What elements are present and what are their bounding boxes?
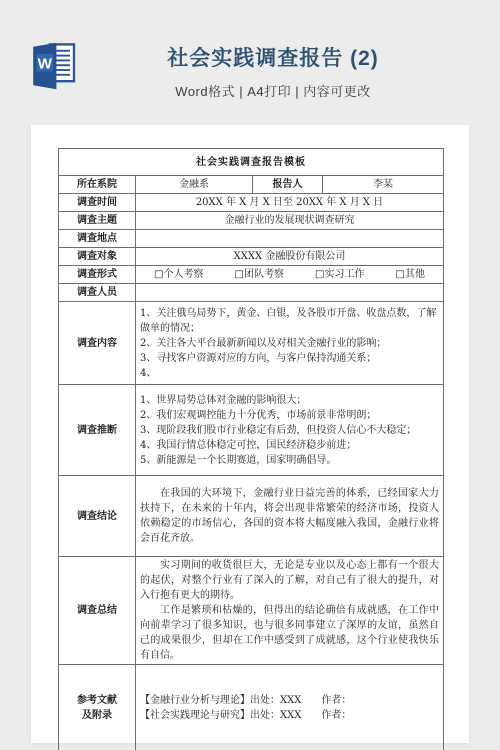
time-label: 调查时间 bbox=[59, 194, 136, 212]
inference-line: 4、我国行情总体稳定可控，国民经济稳步前进； bbox=[140, 438, 439, 453]
target-label: 调查对象 bbox=[59, 248, 136, 266]
form-options: □个人考察 □团队考察 □实习工作 □其他 bbox=[136, 266, 444, 284]
staff-value bbox=[136, 284, 444, 302]
reference-item: 【社会实践理论与研究】出处：XXX 作者： bbox=[140, 708, 439, 723]
document-page: 社会实践调查报告模板 所在系院 金融系 报告人 李某 调查时间 20XX 年 X… bbox=[31, 125, 469, 743]
content-value: 1、关注俄乌局势下，黄金、白银，及各股市开盘、收盘点数，了解做单的情况； 2、关… bbox=[136, 302, 444, 385]
conclusion-paragraph: 在我国的大环境下，金融行业日益完善的体系，已经国家大力扶持下，在未来的十年内，将… bbox=[140, 486, 439, 546]
conclusion-value: 在我国的大环境下，金融行业日益完善的体系，已经国家大力扶持下，在未来的十年内，将… bbox=[136, 476, 444, 557]
inference-value: 1、世界局势总体对金融的影响很大； 2、我们宏观调控能力十分优秀，市场前景非常明… bbox=[136, 385, 444, 476]
references-row: 参考文献 及附录 【金融行业分析与理论】出处：XXX 作者： 【社会实践理论与研… bbox=[59, 665, 444, 750]
references-value: 【金融行业分析与理论】出处：XXX 作者： 【社会实践理论与研究】出处：XXX … bbox=[136, 665, 444, 750]
summary-paragraph: 工作是繁琐和枯燥的，但得出的结论确倍有成就感，在工作中向前辈学习了很多知识，也与… bbox=[140, 603, 439, 663]
table-title: 社会实践调查报告模板 bbox=[59, 149, 444, 176]
target-value: XXXX 金融股份有限公司 bbox=[136, 248, 444, 266]
summary-row: 调查总结 实习期间的收货很巨大，无论是专业以及心态上都有一个很大的起伏，对整个行… bbox=[59, 557, 444, 665]
staff-label: 调查人员 bbox=[59, 284, 136, 302]
inference-row: 调查推断 1、世界局势总体对金融的影响很大； 2、我们宏观调控能力十分优秀，市场… bbox=[59, 385, 444, 476]
staff-row: 调查人员 bbox=[59, 284, 444, 302]
checkbox-option-team: □团队考察 bbox=[235, 267, 284, 282]
page-title: 社会实践调查报告 (2) bbox=[78, 42, 468, 72]
place-label: 调查地点 bbox=[59, 230, 136, 248]
target-row: 调查对象 XXXX 金融股份有限公司 bbox=[59, 248, 444, 266]
dept-value: 金融系 bbox=[136, 176, 253, 194]
references-label-line2: 及附录 bbox=[63, 708, 131, 723]
inference-line: 1、世界局势总体对金融的影响很大； bbox=[140, 393, 439, 408]
reference-item: 【金融行业分析与理论】出处：XXX 作者： bbox=[140, 693, 439, 708]
time-value: 20XX 年 X 月 X 日至 20XX 年 X 月 X 日 bbox=[136, 194, 444, 212]
dept-reporter-row: 所在系院 金融系 报告人 李某 bbox=[59, 176, 444, 194]
svg-text:W: W bbox=[38, 55, 53, 72]
inference-label: 调查推断 bbox=[59, 385, 136, 476]
content-row: 调查内容 1、关注俄乌局势下，黄金、白银，及各股市开盘、收盘点数，了解做单的情况… bbox=[59, 302, 444, 385]
place-value bbox=[136, 230, 444, 248]
form-label: 调查形式 bbox=[59, 266, 136, 284]
report-table: 社会实践调查报告模板 所在系院 金融系 报告人 李某 调查时间 20XX 年 X… bbox=[58, 148, 444, 750]
topic-value: 金融行业的发展现状调查研究 bbox=[136, 212, 444, 230]
content-line: 1、关注俄乌局势下，黄金、白银，及各股市开盘、收盘点数，了解做单的情况； bbox=[140, 306, 439, 336]
topic-row: 调查主题 金融行业的发展现状调查研究 bbox=[59, 212, 444, 230]
conclusion-label: 调查结论 bbox=[59, 476, 136, 557]
content-line: 2、关注各大平台最新新闻以及对相关金融行业的影响； bbox=[140, 336, 439, 351]
word-icon: W bbox=[30, 38, 78, 94]
reporter-value: 李某 bbox=[323, 176, 444, 194]
page-subtitle: Word格式 | A4打印 | 内容可更改 bbox=[78, 81, 468, 100]
summary-value: 实习期间的收货很巨大，无论是专业以及心态上都有一个很大的起伏，对整个行业有了深入… bbox=[136, 557, 444, 665]
summary-label: 调查总结 bbox=[59, 557, 136, 665]
summary-paragraph: 实习期间的收货很巨大，无论是专业以及心态上都有一个很大的起伏，对整个行业有了深入… bbox=[140, 558, 439, 603]
form-row: 调查形式 □个人考察 □团队考察 □实习工作 □其他 bbox=[59, 266, 444, 284]
inference-line: 5、新能源是一个长期赛道，国家明确倡导。 bbox=[140, 453, 439, 468]
content-line: 3、寻找客户资源对应的方向，与客户保持沟通关系； bbox=[140, 351, 439, 366]
content-label: 调查内容 bbox=[59, 302, 136, 385]
table-title-row: 社会实践调查报告模板 bbox=[59, 149, 444, 176]
header-text: 社会实践调查报告 (2) Word格式 | A4打印 | 内容可更改 bbox=[78, 38, 468, 100]
checkbox-option-personal: □个人考察 bbox=[154, 267, 203, 282]
references-label: 参考文献 及附录 bbox=[59, 665, 136, 750]
checkbox-option-internship: □实习工作 bbox=[315, 267, 364, 282]
place-row: 调查地点 bbox=[59, 230, 444, 248]
time-row: 调查时间 20XX 年 X 月 X 日至 20XX 年 X 月 X 日 bbox=[59, 194, 444, 212]
checkbox-option-other: □其他 bbox=[396, 267, 425, 282]
inference-line: 2、我们宏观调控能力十分优秀，市场前景非常明朗； bbox=[140, 408, 439, 423]
references-label-line1: 参考文献 bbox=[63, 693, 131, 708]
dept-label: 所在系院 bbox=[59, 176, 136, 194]
inference-line: 3、现阶段我们股市行业稳定有后劲，但投资人信心不大稳定； bbox=[140, 423, 439, 438]
topic-label: 调查主题 bbox=[59, 212, 136, 230]
conclusion-row: 调查结论 在我国的大环境下，金融行业日益完善的体系，已经国家大力扶持下，在未来的… bbox=[59, 476, 444, 557]
content-line: 4、 bbox=[140, 366, 439, 381]
header: W 社会实践调查报告 (2) Word格式 | A4打印 | 内容可更改 bbox=[30, 38, 468, 100]
reporter-label: 报告人 bbox=[253, 176, 323, 194]
